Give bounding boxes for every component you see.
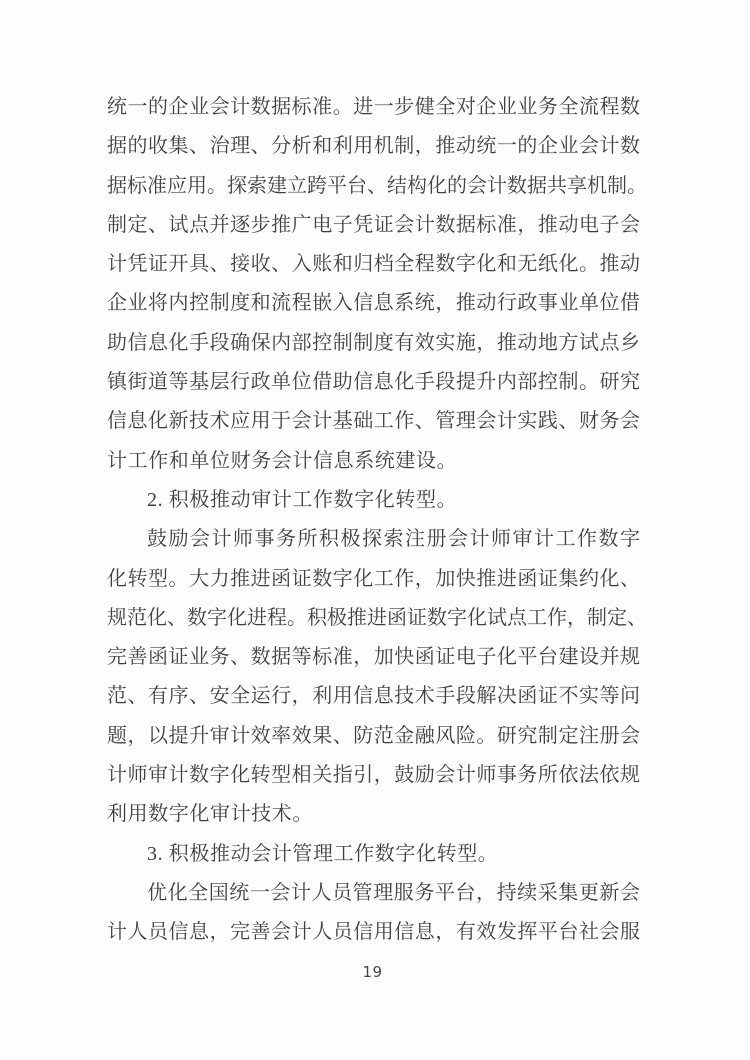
text-line-19: 利用数字化审计技术。: [107, 795, 640, 834]
text-line-18: 计师审计数字化转型相关指引，鼓励会计师事务所依法依规: [107, 756, 640, 795]
document-body: 统一的企业会计数据标准。进一步健全对企业业务全流程数据的收集、治理、分析和利用机…: [107, 88, 640, 953]
text-line-6: 企业将内控制度和流程嵌入信息系统，推动行政事业单位借: [107, 284, 640, 323]
text-line-12: 鼓励会计师事务所积极探索注册会计师审计工作数字: [107, 520, 640, 559]
text-line-13: 化转型。大力推进函证数字化工作，加快推进函证集约化、: [107, 560, 640, 599]
text-line-11: 2. 积极推动审计工作数字化转型。: [107, 481, 640, 520]
text-line-5: 计凭证开具、接收、入账和归档全程数字化和无纸化。推动: [107, 245, 640, 284]
text-line-21: 优化全国统一会计人员管理服务平台，持续采集更新会: [107, 874, 640, 913]
text-line-9: 信息化新技术应用于会计基础工作、管理会计实践、财务会: [107, 402, 640, 441]
text-line-7: 助信息化手段确保内部控制制度有效实施，推动地方试点乡: [107, 324, 640, 363]
text-line-22: 计人员信息，完善会计人员信用信息，有效发挥平台社会服: [107, 913, 640, 952]
text-line-20: 3. 积极推动会计管理工作数字化转型。: [107, 835, 640, 874]
text-line-3: 据标准应用。探索建立跨平台、结构化的会计数据共享机制。: [107, 167, 640, 206]
text-line-14: 规范化、数字化进程。积极推进函证数字化试点工作，制定、: [107, 599, 640, 638]
text-line-8: 镇街道等基层行政单位借助信息化手段提升内部控制。研究: [107, 363, 640, 402]
scanned-document-page: 统一的企业会计数据标准。进一步健全对企业业务全流程数据的收集、治理、分析和利用机…: [0, 0, 750, 1060]
text-line-2: 据的收集、治理、分析和利用机制，推动统一的企业会计数: [107, 127, 640, 166]
text-line-10: 计工作和单位财务会计信息系统建设。: [107, 442, 640, 481]
text-line-16: 范、有序、安全运行，利用信息技术手段解决函证不实等问: [107, 677, 640, 716]
text-line-15: 完善函证业务、数据等标准，加快函证电子化平台建设并规: [107, 638, 640, 677]
text-line-17: 题，以提升审计效率效果、防范金融风险。研究制定注册会: [107, 717, 640, 756]
page-number: 19: [0, 963, 745, 981]
text-line-4: 制定、试点并逐步推广电子凭证会计数据标准，推动电子会: [107, 206, 640, 245]
text-line-1: 统一的企业会计数据标准。进一步健全对企业业务全流程数: [107, 88, 640, 127]
